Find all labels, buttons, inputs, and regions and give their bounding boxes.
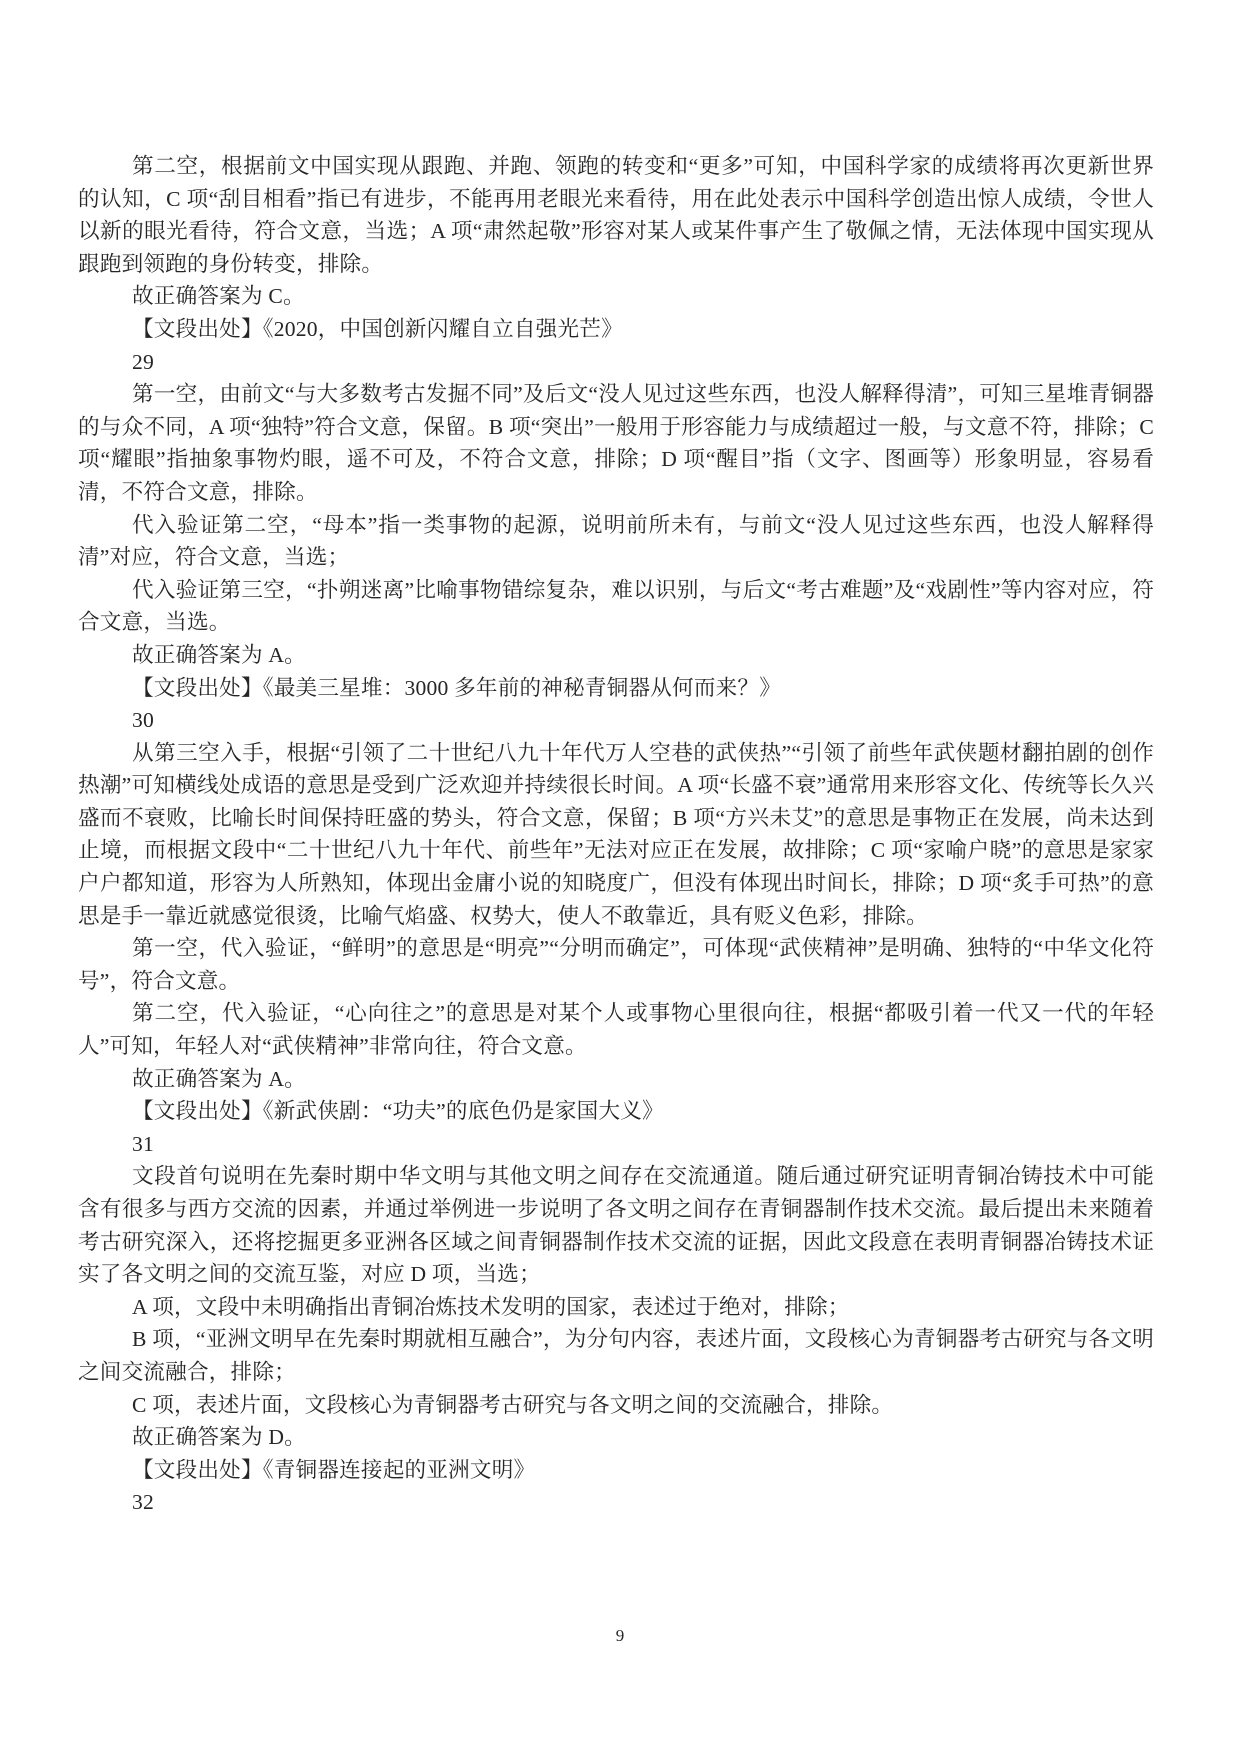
- paragraph: B 项，“亚洲文明早在先秦时期就相互融合”，为分句内容，表述片面，文段核心为青铜…: [78, 1323, 1154, 1388]
- answer-line: 故正确答案为 A。: [78, 639, 1154, 672]
- answer-line: 故正确答案为 D。: [78, 1421, 1154, 1454]
- source-line: 【文段出处】《最美三星堆：3000 多年前的神秘青铜器从何而来？》: [78, 672, 1154, 705]
- source-line: 【文段出处】《2020，中国创新闪耀自立自强光芒》: [78, 313, 1154, 346]
- paragraph: 代入验证第三空，“扑朔迷离”比喻事物错综复杂，难以识别，与后文“考古难题”及“戏…: [78, 574, 1154, 639]
- paragraph: 第二空，根据前文中国实现从跟跑、并跑、领跑的转变和“更多”可知，中国科学家的成绩…: [78, 150, 1154, 280]
- source-line: 【文段出处】《青铜器连接起的亚洲文明》: [78, 1454, 1154, 1487]
- document-body: 第二空，根据前文中国实现从跟跑、并跑、领跑的转变和“更多”可知，中国科学家的成绩…: [78, 150, 1154, 1519]
- question-number: 29: [78, 346, 1154, 379]
- question-number: 30: [78, 704, 1154, 737]
- paragraph: C 项，表述片面，文段核心为青铜器考古研究与各文明之间的交流融合，排除。: [78, 1389, 1154, 1422]
- document-page: { "page": { "number": "9" }, "document":…: [0, 0, 1240, 1754]
- paragraph: 第一空，代入验证，“鲜明”的意思是“明亮”“分明而确定”，可体现“武侠精神”是明…: [78, 932, 1154, 997]
- paragraph: 代入验证第二空，“母本”指一类事物的起源，说明前所未有，与前文“没人见过这些东西…: [78, 509, 1154, 574]
- answer-line: 故正确答案为 C。: [78, 280, 1154, 313]
- source-line: 【文段出处】《新武侠剧：“功夫”的底色仍是家国大义》: [78, 1095, 1154, 1128]
- page-number: 9: [0, 1626, 1240, 1646]
- paragraph: 文段首句说明在先秦时期中华文明与其他文明之间存在交流通道。随后通过研究证明青铜冶…: [78, 1160, 1154, 1290]
- paragraph: 第一空，由前文“与大多数考古发掘不同”及后文“没人见过这些东西，也没人解释得清”…: [78, 378, 1154, 508]
- answer-line: 故正确答案为 A。: [78, 1063, 1154, 1096]
- page: 第二空，根据前文中国实现从跟跑、并跑、领跑的转变和“更多”可知，中国科学家的成绩…: [0, 0, 1240, 1754]
- paragraph: 从第三空入手，根据“引领了二十世纪八九十年代万人空巷的武侠热”“引领了前些年武侠…: [78, 737, 1154, 933]
- question-number: 31: [78, 1128, 1154, 1161]
- paragraph: 第二空，代入验证，“心向往之”的意思是对某个人或事物心里很向往，根据“都吸引着一…: [78, 997, 1154, 1062]
- paragraph: A 项，文段中未明确指出青铜冶炼技术发明的国家，表述过于绝对，排除；: [78, 1291, 1154, 1324]
- question-number: 32: [78, 1486, 1154, 1519]
